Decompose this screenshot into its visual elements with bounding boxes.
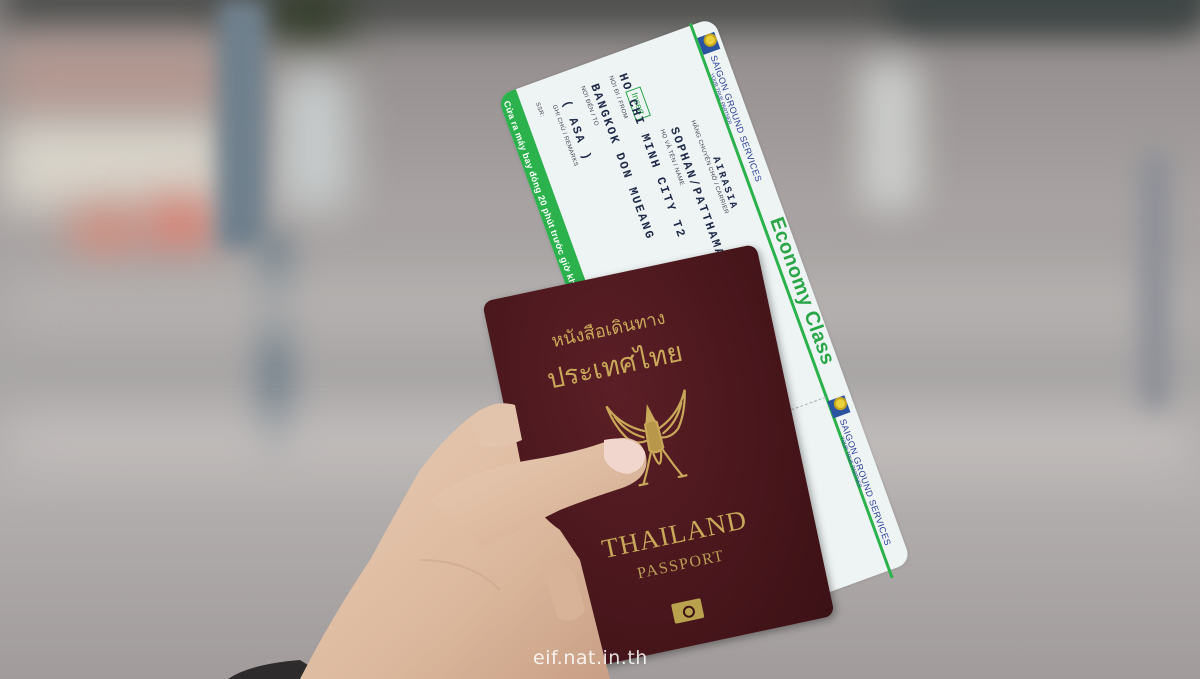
ssr-label: SSR: [534, 102, 545, 118]
garuda-emblem-icon [595, 380, 716, 508]
watermark: eif.nat.in.th [533, 647, 648, 669]
biometric-chip-icon [671, 598, 705, 624]
